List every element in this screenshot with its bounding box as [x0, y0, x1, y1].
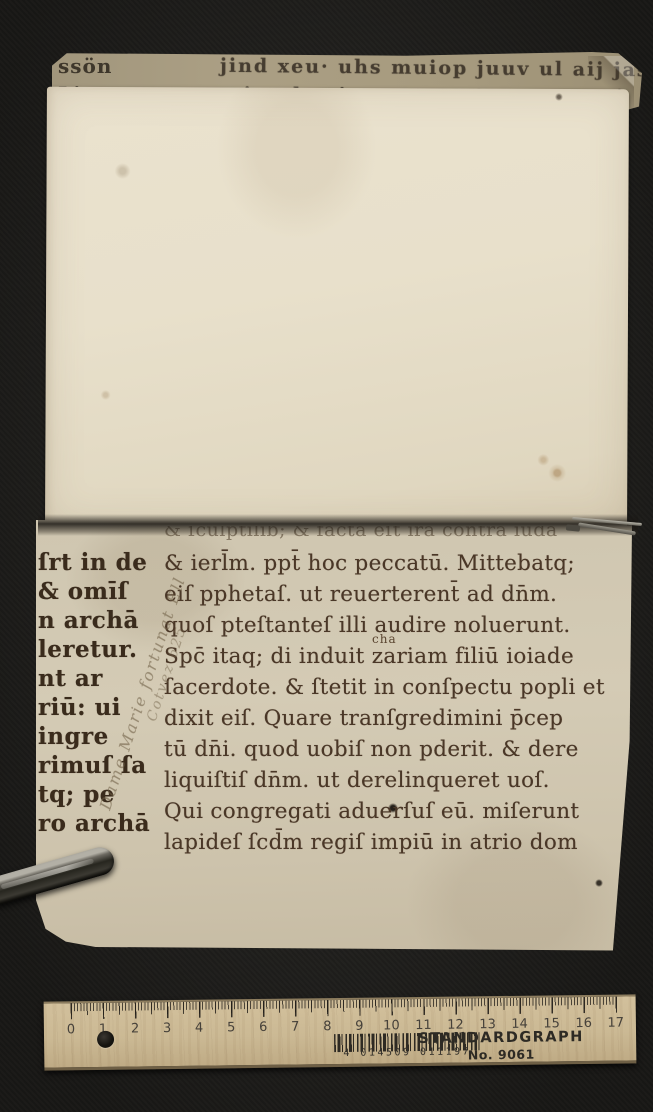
ruler-cm-number: 8	[311, 1019, 343, 1034]
interlinear-correction: cha	[372, 632, 397, 646]
ruler-cm-number: 6	[247, 1020, 279, 1035]
fragment-text-line: ro archā	[38, 809, 156, 838]
ruler-cm-number: 5	[215, 1020, 247, 1035]
manuscript-text-line: lapideſ ſcd̄m regiſ impiū in atrio dom	[164, 827, 626, 858]
ruler-hole	[97, 1031, 114, 1048]
ruler-brand-block: STANDARDGRAPH No. 9061	[396, 1029, 606, 1064]
metal-pin	[566, 516, 646, 542]
ruler-cm-number: 3	[151, 1021, 183, 1036]
manuscript-text-page: & ſculptilib; & facta eſt ira contra iud…	[36, 520, 632, 962]
fragment-text-line: n archā	[38, 606, 156, 635]
manuscript-text-line: & ierl̄m. ppt̄ hoc peccatū. Mittebatq;	[164, 548, 626, 579]
pin-base	[566, 524, 581, 531]
manuscript-text-line: eiſ pphetaſ. ut reuerterent̄ ad dn̄m.	[164, 579, 626, 610]
ruler-cm-number: 0	[55, 1022, 87, 1037]
manuscript-photo: ssön Lingu jind xeu· uhs muiop juuv ul a…	[0, 0, 653, 1112]
ruler-cm-number: 9	[343, 1019, 375, 1034]
ruler-brand-name: STANDARDGRAPH	[396, 1029, 606, 1048]
main-text-block: & ierl̄m. ppt̄ hoc peccatū. Mittebatq;ei…	[164, 548, 626, 858]
manuscript-text-line: dixit eiſ. Quare tranſgredimini p̄cep	[164, 703, 626, 734]
fragment-text-line: ſrt in de	[38, 548, 156, 577]
manuscript-text-line: liquiſtiſ dn̄m. ut derelinqueret uoſ.	[164, 765, 626, 796]
foxing-stains	[45, 87, 629, 530]
manuscript-text-line: tū dn̄i. quod uobiſ non pderit. & dere	[164, 734, 626, 765]
fragment-text-line: & omīſ	[38, 577, 156, 606]
ruler-cm-number: 2	[119, 1021, 151, 1036]
strip-corner-text: ssön	[58, 54, 112, 78]
ruler-cm-number: 4	[183, 1021, 215, 1036]
strip-faded-text-line: jind xeu· uhs muiop juuv ul aij jas	[220, 55, 650, 81]
ruler-model-number: No. 9061	[396, 1046, 606, 1064]
fragment-text-line: leretur.	[38, 635, 156, 664]
ruler: 01234567891011121314151617 4 014509 0111…	[44, 994, 637, 1070]
manuscript-text-line: Qui congregati aduerſuſ eū. miſerunt	[164, 796, 626, 827]
manuscript-text-line: ſacerdote. & ſtetit in conſpectu popli e…	[164, 672, 626, 703]
blank-parchment-page	[45, 87, 629, 530]
page-fold-shadow	[38, 514, 638, 536]
ruler-cm-number: 7	[279, 1019, 311, 1034]
